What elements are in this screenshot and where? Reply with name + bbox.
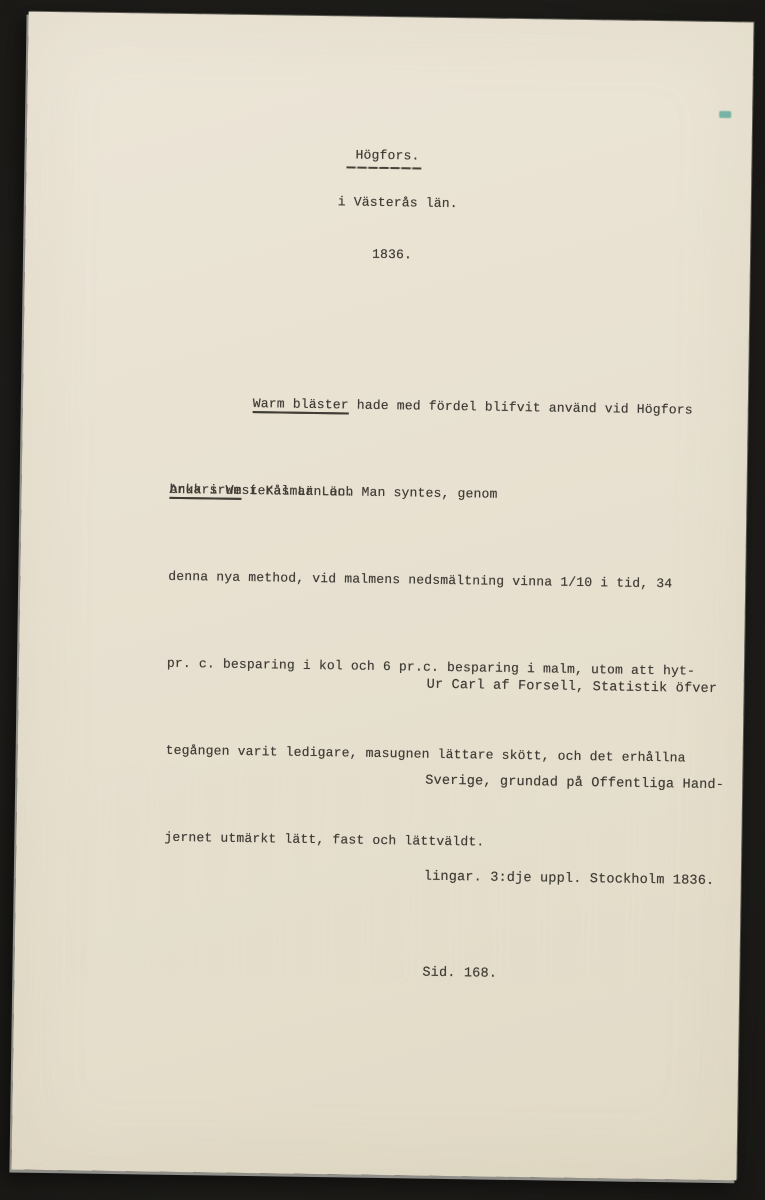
document-subtitle: i Västerås län. — [338, 194, 458, 211]
photo-mat-background: Högfors. i Västerås län. 1836. Warm bläs… — [0, 0, 765, 1200]
citation-line-1: Ur Carl af Forsell, Statistik öfver — [426, 670, 756, 707]
paragraph-line-2: bruk i Westerås Län och Ankarsrum i Kalm… — [169, 475, 729, 512]
document-year: 1836. — [372, 247, 412, 263]
document-page: Högfors. i Västerås län. 1836. Warm bläs… — [11, 12, 753, 1181]
teal-ink-mark — [719, 111, 731, 118]
paragraph-line-2-text: i Kalmar Län. Man syntes, genom — [241, 476, 497, 509]
paragraph-line-3: denna nya method, vid malmens nedsmältni… — [168, 562, 728, 599]
ink-showthrough-ghost — [69, 767, 692, 986]
paragraph-line-1-text: hade med fördel blifvit använd vid Högfo… — [349, 390, 693, 424]
underlined-phrase-warm-blaster: Warm bläster — [253, 396, 349, 412]
document-title: Högfors. — [355, 148, 419, 164]
paragraph-line-1: Warm bläster hade med fördel blifvit anv… — [171, 388, 731, 425]
